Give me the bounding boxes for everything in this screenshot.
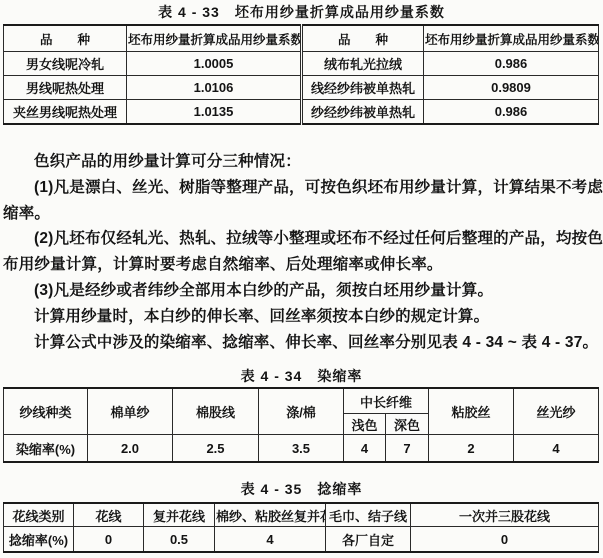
table-cell: 线经纱纬被单热轧 <box>302 76 424 100</box>
table-header-cell: 浅色 <box>344 414 386 435</box>
table-cell: 7 <box>386 435 429 463</box>
table-cell: 4 <box>344 435 386 463</box>
table-cell: 2 <box>429 435 514 463</box>
table-cell: 0.9809 <box>424 76 599 100</box>
paragraph-line: 缩率。 <box>3 201 600 227</box>
table-header-cell: 棉纱、粘胶丝复并花线 <box>215 503 326 527</box>
table-cell: 捻缩率(%) <box>4 527 74 553</box>
table-cell: 3.5 <box>259 435 344 463</box>
table-4-33: 品 种 坯布用纱量折算成品用纱量系数 品 种 坯布用纱量折算成品用纱量系数 男女… <box>3 24 599 125</box>
table-header-cell: 一次并三股花线 <box>411 503 599 527</box>
table-cell: 4 <box>215 527 326 553</box>
table-cell: 0 <box>411 527 599 553</box>
table-header-cell: 复并花线 <box>144 503 215 527</box>
table-cell: 男线呢热处理 <box>4 76 127 100</box>
paragraph-line: (2)凡坯布仅经轧光、热轧、拉绒等小整理或坯布不经过任何后整理的产品，均按色织成 <box>3 226 600 252</box>
table-header-cell: 棉股线 <box>173 388 259 435</box>
table-header-cell: 花线 <box>74 503 144 527</box>
table-cell: 0.5 <box>144 527 215 553</box>
table-header-cell: 深色 <box>386 414 429 435</box>
table-row: 染缩率(%) 2.0 2.5 3.5 4 7 2 4 <box>4 435 599 463</box>
paragraph-line: (1)凡是漂白、丝光、树脂等整理产品，可按色织坯布用纱量计算，计算结果不考虑自然 <box>3 175 600 201</box>
table-cell: 2.5 <box>173 435 259 463</box>
table-row: 纱线种类 棉单纱 棉股线 涤/棉 中长纤维 粘胶丝 丝光纱 <box>4 388 599 414</box>
table-header-cell: 丝光纱 <box>514 388 599 435</box>
table-cell: 男女线呢冷轧 <box>4 52 127 76</box>
table-cell: 2.0 <box>88 435 173 463</box>
table-row: 夹丝男线呢热处理 1.0135 纱经纱纬被单热轧 0.986 <box>4 100 599 125</box>
table-cell: 染缩率(%) <box>4 435 88 463</box>
table-4-33-title: 表 4 - 33 坯布用纱量折算成品用纱量系数 <box>3 4 600 20</box>
table-cell: 4 <box>514 435 599 463</box>
table-row: 品 种 坯布用纱量折算成品用纱量系数 品 种 坯布用纱量折算成品用纱量系数 <box>4 25 599 52</box>
table-header-cell: 品 种 <box>4 25 127 52</box>
paragraph-line: 布用纱量计算，计算时要考虑自然缩率、后处理缩率或伸长率。 <box>3 252 600 278</box>
body-paragraphs: 色织产品的用纱量计算可分三种情况： (1)凡是漂白、丝光、树脂等整理产品，可按色… <box>3 149 600 355</box>
table-cell: 夹丝男线呢热处理 <box>4 100 127 125</box>
table-cell: 1.0005 <box>127 52 302 76</box>
table-cell: 1.0135 <box>127 100 302 125</box>
table-header-cell: 棉单纱 <box>88 388 173 435</box>
document-page: 表 4 - 33 坯布用纱量折算成品用纱量系数 品 种 坯布用纱量折算成品用纱量… <box>0 0 603 553</box>
table-header-cell: 纱线种类 <box>4 388 88 435</box>
table-cell: 0.986 <box>424 100 599 125</box>
table-header-cell: 毛巾、结子线 <box>326 503 411 527</box>
paragraph-line: 色织产品的用纱量计算可分三种情况： <box>3 149 600 175</box>
paragraph-line: 计算公式中涉及的染缩率、捻缩率、伸长率、回丝率分别见表 4 - 34 ~ 表 4… <box>3 330 600 356</box>
table-row: 花线类别 花线 复并花线 棉纱、粘胶丝复并花线 毛巾、结子线 一次并三股花线 <box>4 503 599 527</box>
paragraph-line: 计算用纱量时，本白纱的伸长率、回丝率须按本白纱的规定计算。 <box>3 304 600 330</box>
table-row: 男线呢热处理 1.0106 线经纱纬被单热轧 0.9809 <box>4 76 599 100</box>
table-header-cell: 品 种 <box>302 25 424 52</box>
table-header-cell: 坯布用纱量折算成品用纱量系数 <box>127 25 302 52</box>
table-4-35-title: 表 4 - 35 捻缩率 <box>3 481 600 497</box>
table-cell: 各厂自定 <box>326 527 411 553</box>
table-header-cell: 坯布用纱量折算成品用纱量系数 <box>424 25 599 52</box>
table-4-35: 花线类别 花线 复并花线 棉纱、粘胶丝复并花线 毛巾、结子线 一次并三股花线 捻… <box>3 502 599 553</box>
table-cell: 1.0106 <box>127 76 302 100</box>
table-header-cell: 涤/棉 <box>259 388 344 435</box>
table-cell: 0.986 <box>424 52 599 76</box>
table-row: 捻缩率(%) 0 0.5 4 各厂自定 0 <box>4 527 599 553</box>
paragraph-line: (3)凡是经纱或者纬纱全部用本白纱的产品，须按白坯用纱量计算。 <box>3 278 600 304</box>
table-row: 男女线呢冷轧 1.0005 绒布轧光拉绒 0.986 <box>4 52 599 76</box>
table-4-34: 纱线种类 棉单纱 棉股线 涤/棉 中长纤维 粘胶丝 丝光纱 浅色 深色 染缩率(… <box>3 387 599 463</box>
table-cell: 绒布轧光拉绒 <box>302 52 424 76</box>
table-cell: 纱经纱纬被单热轧 <box>302 100 424 125</box>
table-header-cell: 粘胶丝 <box>429 388 514 435</box>
table-4-34-title: 表 4 - 34 染缩率 <box>3 368 600 384</box>
table-header-cell: 花线类别 <box>4 503 74 527</box>
table-cell: 0 <box>74 527 144 553</box>
table-header-cell: 中长纤维 <box>344 388 429 414</box>
